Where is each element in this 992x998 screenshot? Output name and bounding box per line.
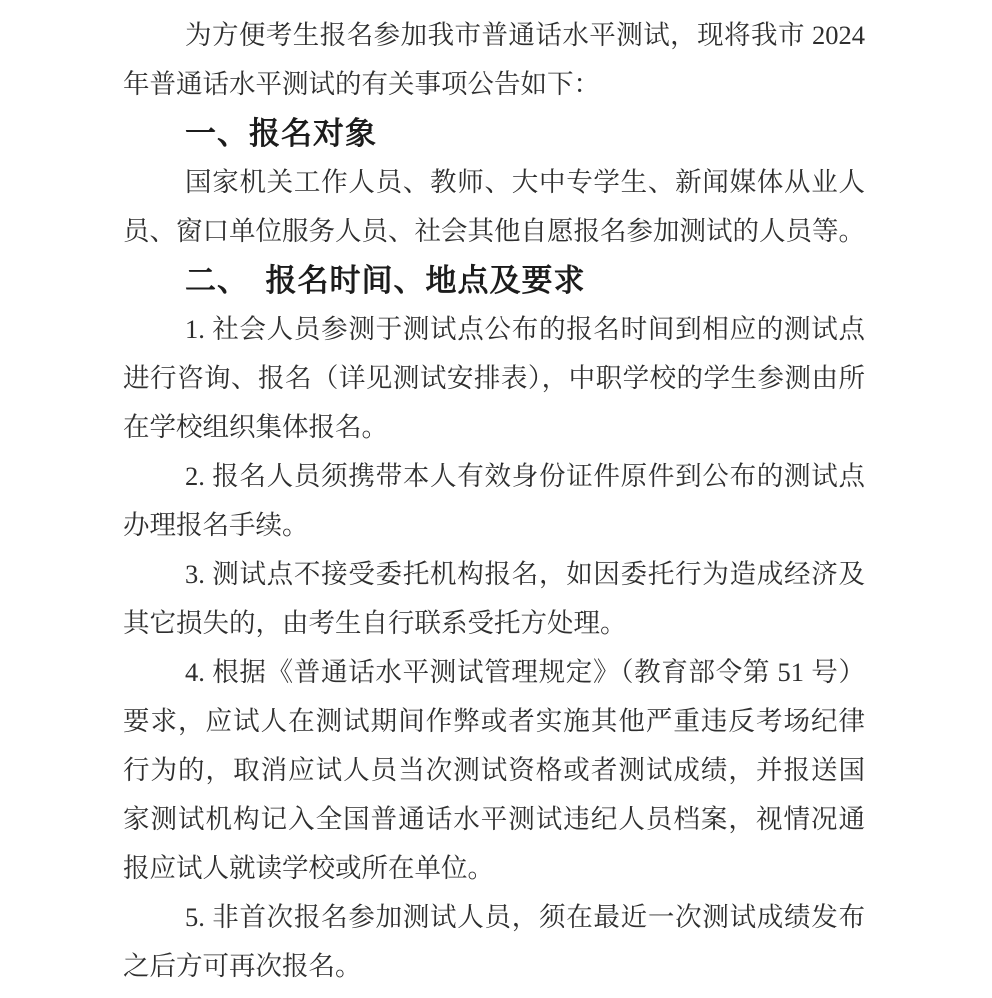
section-heading-2: 二、 报名时间、地点及要求 xyxy=(123,256,865,305)
item-4-line: 要求，应试人在测试期间作弊或者实施其他严重违反考场纪律 xyxy=(123,697,865,746)
item-4-line: 行为的，取消应试人员当次测试资格或者测试成绩，并报送国 xyxy=(123,746,865,795)
item-4-line: 家测试机构记入全国普通话水平测试违纪人员档案，视情况通 xyxy=(123,795,865,844)
item-4-line: 4. 根据《普通话水平测试管理规定》（教育部令第 51 号） xyxy=(123,648,865,697)
section-heading-1: 一、报名对象 xyxy=(123,109,865,158)
document-page: 为方便考生报名参加我市普通话水平测试，现将我市 2024 年普通话水平测试的有关… xyxy=(0,0,992,998)
item-2-line: 2. 报名人员须携带本人有效身份证件原件到公布的测试点 xyxy=(123,452,865,501)
item-2-line: 办理报名手续。 xyxy=(123,501,865,550)
item-3-line: 3. 测试点不接受委托机构报名，如因委托行为造成经济及 xyxy=(123,550,865,599)
intro-paragraph-line: 年普通话水平测试的有关事项公告如下： xyxy=(123,60,865,109)
document-text-block: 为方便考生报名参加我市普通话水平测试，现将我市 2024 年普通话水平测试的有关… xyxy=(123,11,865,991)
item-1-line: 在学校组织集体报名。 xyxy=(123,403,865,452)
item-1-line: 1. 社会人员参测于测试点公布的报名时间到相应的测试点 xyxy=(123,305,865,354)
item-5-line: 5. 非首次报名参加测试人员，须在最近一次测试成绩发布 xyxy=(123,893,865,942)
registration-targets-line: 员、窗口单位服务人员、社会其他自愿报名参加测试的人员等。 xyxy=(123,207,865,256)
registration-targets-line: 国家机关工作人员、教师、大中专学生、新闻媒体从业人 xyxy=(123,158,865,207)
intro-paragraph-line: 为方便考生报名参加我市普通话水平测试，现将我市 2024 xyxy=(123,11,865,60)
item-3-line: 其它损失的，由考生自行联系受托方处理。 xyxy=(123,599,865,648)
item-1-line: 进行咨询、报名（详见测试安排表），中职学校的学生参测由所 xyxy=(123,354,865,403)
item-5-line: 之后方可再次报名。 xyxy=(123,942,865,991)
item-4-line: 报应试人就读学校或所在单位。 xyxy=(123,844,865,893)
